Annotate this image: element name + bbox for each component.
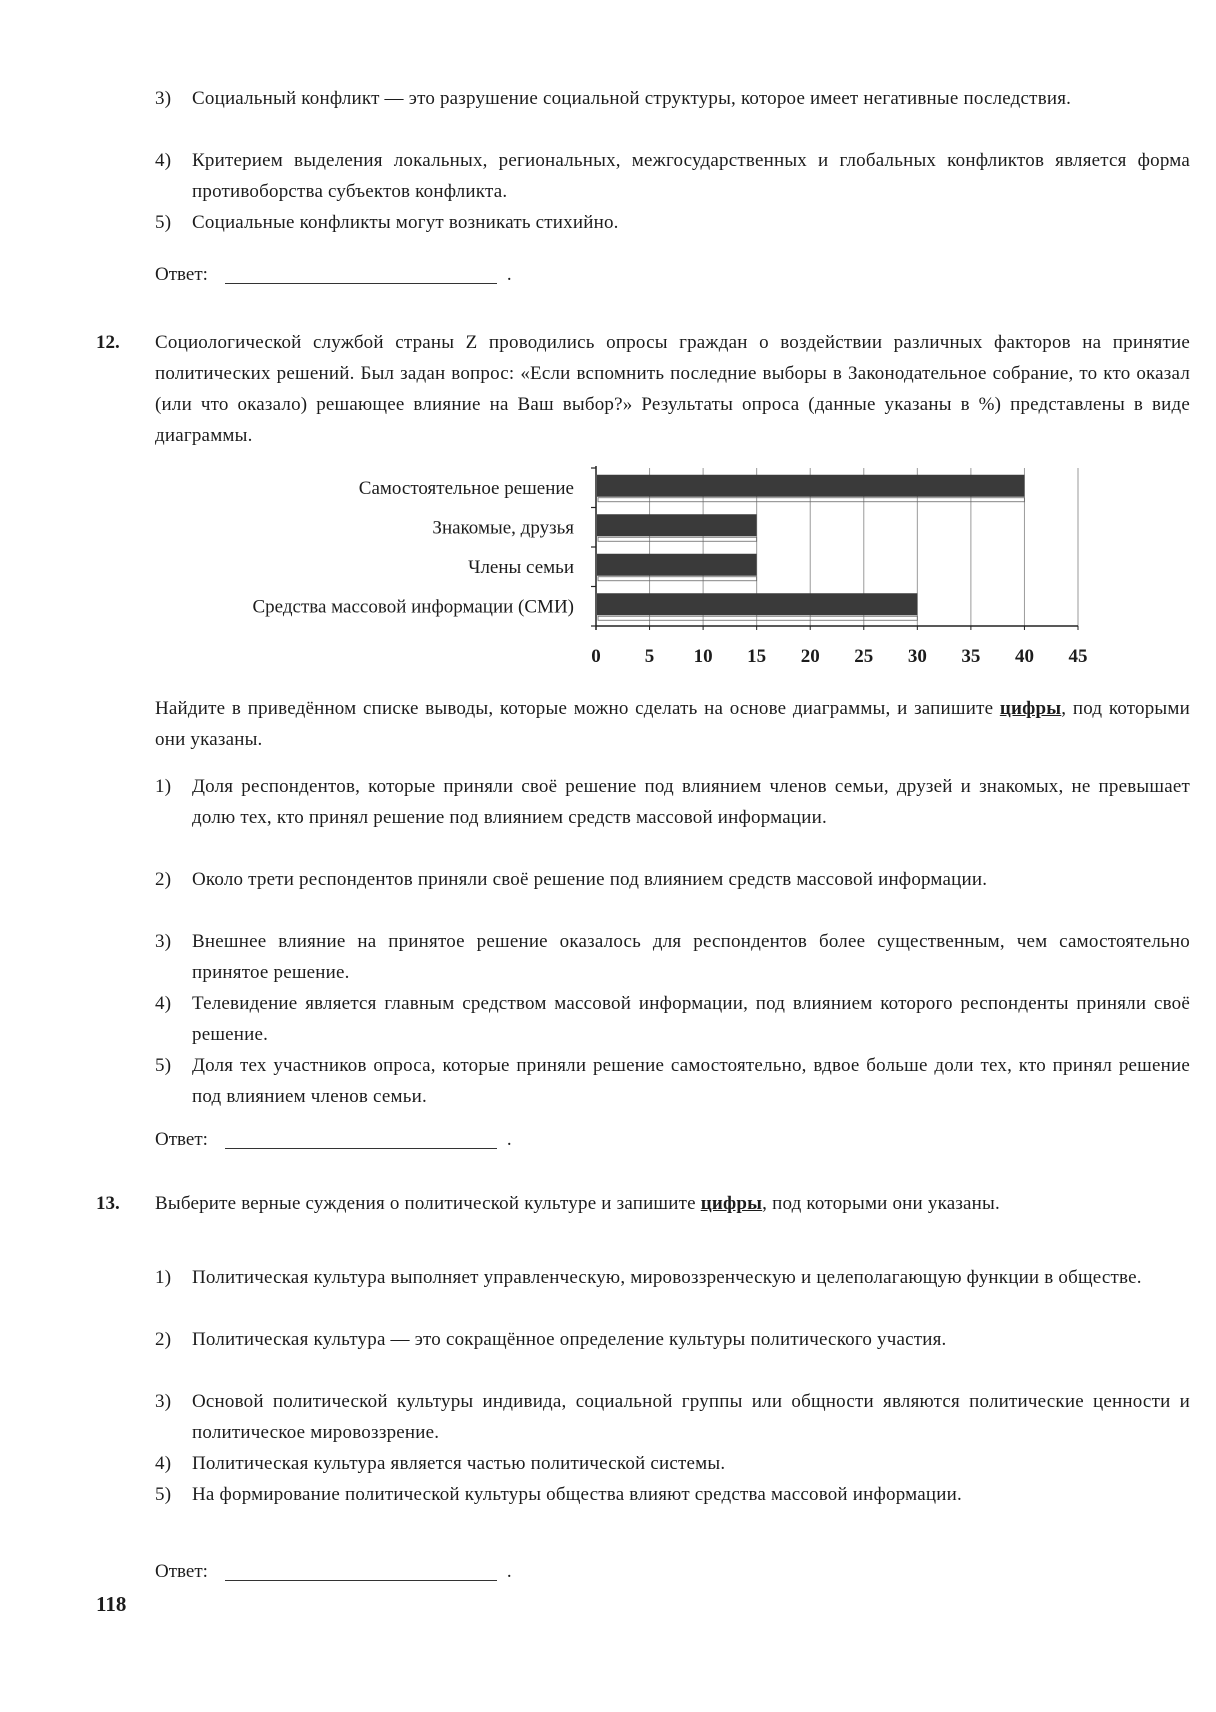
q13-option-1: 1) Политическая культура выполняет управ… bbox=[155, 1262, 1190, 1293]
answer-end: . bbox=[507, 1129, 512, 1150]
category-label: Знакомые, друзья bbox=[432, 517, 574, 538]
bar-shadow bbox=[598, 616, 917, 620]
q13-answer-field[interactable] bbox=[225, 1579, 497, 1581]
q13-answer-row: Ответ:. bbox=[155, 1556, 512, 1587]
textbook-page: 3) Социальный конфликт — это разрушение … bbox=[0, 0, 1216, 1712]
option-text: Критерием выделения локальных, региональ… bbox=[192, 145, 1190, 207]
option-text: Основой политической культуры индивида, … bbox=[192, 1386, 1190, 1448]
option-text: На формирование политической культуры об… bbox=[192, 1479, 1190, 1510]
category-label: Члены семьи bbox=[468, 557, 574, 578]
option-number: 4) bbox=[155, 1448, 171, 1479]
option-text: Доля тех участников опроса, которые прин… bbox=[192, 1050, 1190, 1112]
bar-shadow bbox=[598, 498, 1024, 502]
option-number: 5) bbox=[155, 1050, 171, 1081]
category-label: Самостоятельное решение bbox=[359, 478, 574, 499]
x-tick-label: 35 bbox=[961, 646, 980, 667]
option-number: 4) bbox=[155, 988, 171, 1019]
option-number: 3) bbox=[155, 83, 171, 114]
answer-label: Ответ: bbox=[155, 1561, 208, 1582]
q11-option-5: 5) Социальные конфликты могут возникать … bbox=[155, 207, 1190, 238]
q13-number: 13. bbox=[96, 1188, 120, 1219]
q13-task: Выберите верные суждения о политической … bbox=[155, 1188, 1190, 1219]
q11-option-3: 3) Социальный конфликт — это разрушение … bbox=[155, 83, 1190, 114]
x-tick-label: 45 bbox=[1069, 646, 1088, 667]
x-tick-label: 40 bbox=[1015, 646, 1034, 667]
option-text: Внешнее влияние на принятое решение оказ… bbox=[192, 926, 1190, 988]
bar bbox=[597, 475, 1024, 497]
q12-option-2: 2) Около трети респондентов приняли своё… bbox=[155, 864, 1190, 895]
option-number: 3) bbox=[155, 1386, 171, 1417]
option-number: 1) bbox=[155, 771, 171, 802]
q11-answer-field[interactable] bbox=[225, 282, 497, 284]
page-number: 118 bbox=[96, 1592, 126, 1617]
x-tick-label: 15 bbox=[747, 646, 766, 667]
answer-label: Ответ: bbox=[155, 1129, 208, 1150]
q12-answer-field[interactable] bbox=[225, 1147, 497, 1149]
survey-bar-chart: Самостоятельное решениеЗнакомые, друзьяЧ… bbox=[180, 460, 1100, 680]
option-number: 1) bbox=[155, 1262, 171, 1293]
option-number: 5) bbox=[155, 1479, 171, 1510]
x-tick-label: 25 bbox=[854, 646, 873, 667]
x-tick-label: 10 bbox=[694, 646, 713, 667]
category-label: Средства массовой информации (СМИ) bbox=[253, 596, 575, 617]
x-tick-label: 30 bbox=[908, 646, 927, 667]
q12-option-5: 5) Доля тех участников опроса, которые п… bbox=[155, 1050, 1190, 1112]
q12-answer-row: Ответ:. bbox=[155, 1124, 512, 1155]
bar-shadow bbox=[598, 537, 757, 541]
q12-option-1: 1) Доля респондентов, которые приняли св… bbox=[155, 771, 1190, 833]
option-number: 2) bbox=[155, 1324, 171, 1355]
bar-shadow bbox=[598, 577, 757, 581]
q13-option-4: 4) Политическая культура является частью… bbox=[155, 1448, 1190, 1479]
bar-chart-svg: Самостоятельное решениеЗнакомые, друзьяЧ… bbox=[180, 460, 1100, 680]
x-tick-label: 20 bbox=[801, 646, 820, 667]
option-text: Телевидение является главным средством м… bbox=[192, 988, 1190, 1050]
x-tick-label: 0 bbox=[591, 646, 601, 667]
option-text: Около трети респондентов приняли своё ре… bbox=[192, 864, 1190, 895]
answer-end: . bbox=[507, 1561, 512, 1582]
q13-option-5: 5) На формирование политической культуры… bbox=[155, 1479, 1190, 1510]
task-text: Найдите в приведённом списке выводы, кот… bbox=[155, 698, 1000, 719]
option-text: Доля респондентов, которые приняли своё … bbox=[192, 771, 1190, 833]
option-number: 2) bbox=[155, 864, 171, 895]
option-text: Социальный конфликт — это разрушение соц… bbox=[192, 83, 1190, 114]
answer-label: Ответ: bbox=[155, 264, 208, 285]
q11-option-4: 4) Критерием выделения локальных, регион… bbox=[155, 145, 1190, 207]
option-text: Политическая культура является частью по… bbox=[192, 1448, 1190, 1479]
q12-task: Найдите в приведённом списке выводы, кот… bbox=[155, 693, 1190, 755]
task-emphasis: цифры bbox=[701, 1193, 762, 1214]
bar bbox=[597, 593, 917, 615]
option-text: Политическая культура выполняет управлен… bbox=[192, 1262, 1190, 1293]
option-number: 3) bbox=[155, 926, 171, 957]
option-number: 5) bbox=[155, 207, 171, 238]
x-tick-label: 5 bbox=[645, 646, 655, 667]
option-text: Социальные конфликты могут возникать сти… bbox=[192, 207, 1190, 238]
q13-option-2: 2) Политическая культура — это сокращённ… bbox=[155, 1324, 1190, 1355]
q13-option-3: 3) Основой политической культуры индивид… bbox=[155, 1386, 1190, 1448]
q11-answer-row: Ответ:. bbox=[155, 259, 512, 290]
bar bbox=[597, 554, 757, 576]
option-text: Политическая культура — это сокращённое … bbox=[192, 1324, 1190, 1355]
q12-option-4: 4) Телевидение является главным средство… bbox=[155, 988, 1190, 1050]
task-emphasis: цифры bbox=[1000, 698, 1061, 719]
answer-end: . bbox=[507, 264, 512, 285]
bar bbox=[597, 514, 757, 536]
q12-number: 12. bbox=[96, 327, 120, 358]
task-text-end: , под которыми они указаны. bbox=[762, 1193, 1000, 1214]
q12-intro: Социологической службой страны Z проводи… bbox=[155, 327, 1190, 451]
option-number: 4) bbox=[155, 145, 171, 176]
q12-option-3: 3) Внешнее влияние на принятое решение о… bbox=[155, 926, 1190, 988]
task-text: Выберите верные суждения о политической … bbox=[155, 1193, 701, 1214]
